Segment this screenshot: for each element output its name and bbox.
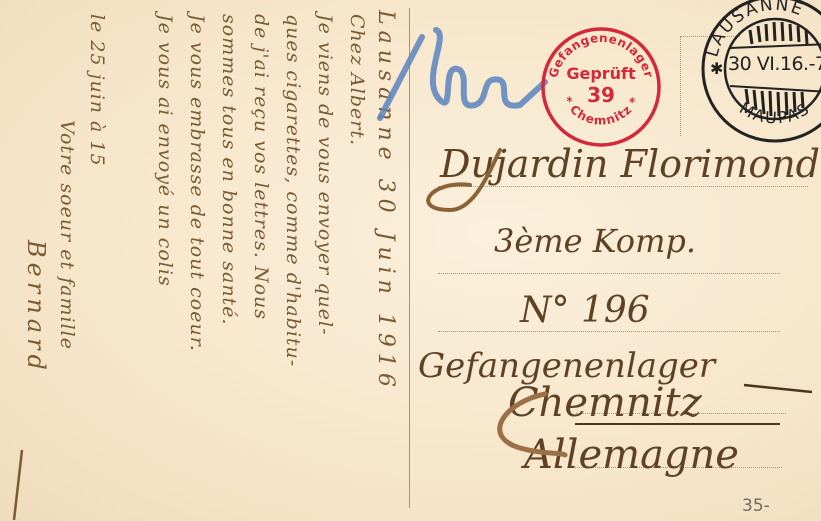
postmark-rings: ✱ LAUSANNE MAUPAS [690,0,821,154]
blue-pencil-mark [380,30,545,118]
price-note: 35- [742,496,770,516]
postmark: ✱ LAUSANNE MAUPAS 30 VI.16.-7 [690,0,821,154]
censor-number: 39 [540,83,662,107]
postcard: Lausanne 30 Juin 1916 Chez Albert. Je vi… [0,0,821,521]
censor-stamp: Gefangenenlager * Chemnitz * Geprüft 39 [540,26,662,148]
censor-geprueft: Geprüft [540,64,662,83]
postmark-star-icon: ✱ [710,59,723,78]
svg-text:MAUPAS: MAUPAS [736,98,813,127]
postmark-date: 30 VI.16.-7 [728,53,821,75]
